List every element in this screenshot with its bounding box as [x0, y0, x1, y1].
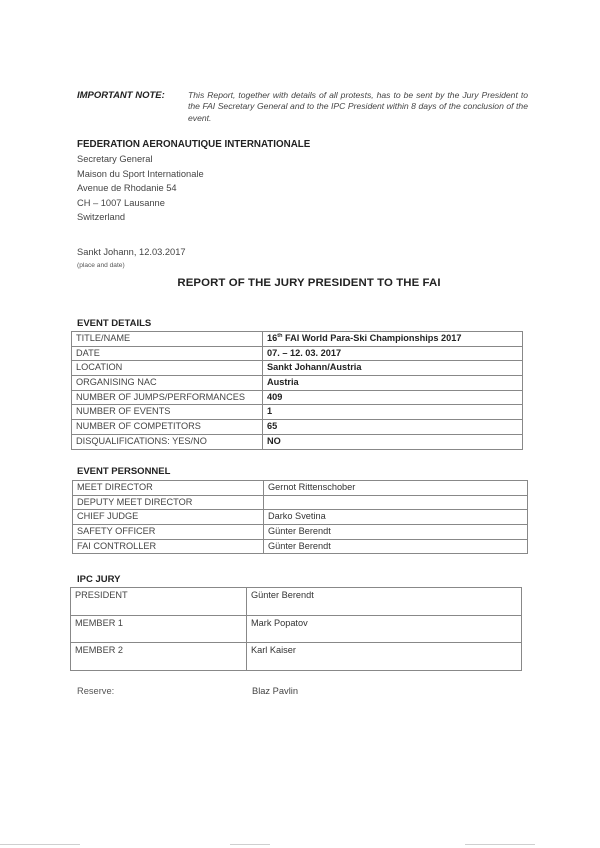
table-row: DATE 07. – 12. 03. 2017	[72, 346, 523, 361]
scan-artifact	[465, 844, 535, 845]
row-value: Gernot Rittenschober	[264, 481, 528, 496]
table-row: CHIEF JUDGE Darko Svetina	[73, 510, 528, 525]
reserve-label: Reserve:	[77, 686, 114, 696]
table-row: NUMBER OF EVENTS 1	[72, 405, 523, 420]
table-row: ORGANISING NAC Austria	[72, 376, 523, 391]
organization-name: FEDERATION AERONAUTIQUE INTERNATIONALE	[77, 138, 310, 152]
table-row: PRESIDENT Günter Berendt	[71, 588, 522, 616]
table-row: SAFETY OFFICER Günter Berendt	[73, 525, 528, 540]
table-row: LOCATION Sankt Johann/Austria	[72, 361, 523, 376]
row-label: NUMBER OF JUMPS/PERFORMANCES	[72, 390, 263, 405]
row-value: Günter Berendt	[264, 525, 528, 540]
row-label: PRESIDENT	[71, 588, 247, 616]
row-value: 16th FAI World Para-Ski Championships 20…	[263, 332, 523, 347]
row-label: CHIEF JUDGE	[73, 510, 264, 525]
row-label: DEPUTY MEET DIRECTOR	[73, 495, 264, 510]
row-label: DATE	[72, 346, 263, 361]
address-line: Maison du Sport Internationale	[77, 167, 310, 182]
report-title: REPORT OF THE JURY PRESIDENT TO THE FAI	[0, 277, 600, 289]
table-row: MEMBER 1 Mark Popatov	[71, 615, 522, 643]
important-note-label: IMPORTANT NOTE:	[77, 90, 165, 101]
table-row: MEMBER 2 Karl Kaiser	[71, 643, 522, 671]
recipient-address: FEDERATION AERONAUTIQUE INTERNATIONALE S…	[77, 138, 310, 225]
row-label: MEMBER 2	[71, 643, 247, 671]
address-line: CH – 1007 Lausanne	[77, 196, 310, 211]
place-and-date-caption: (place and date)	[77, 262, 125, 269]
event-details-title: EVENT DETAILS	[77, 318, 151, 329]
event-details-table: TITLE/NAME 16th FAI World Para-Ski Champ…	[71, 331, 523, 450]
row-label: TITLE/NAME	[72, 332, 263, 347]
row-label: LOCATION	[72, 361, 263, 376]
title-name: FAI World Para-Ski Championships 2017	[282, 333, 461, 343]
row-value: 07. – 12. 03. 2017	[263, 346, 523, 361]
table-row: TITLE/NAME 16th FAI World Para-Ski Champ…	[72, 332, 523, 347]
event-personnel-title: EVENT PERSONNEL	[77, 466, 170, 477]
table-row: DISQUALIFICATIONS: YES/NO NO	[72, 434, 523, 449]
row-value: Günter Berendt	[264, 539, 528, 554]
row-label: NUMBER OF COMPETITORS	[72, 420, 263, 435]
reserve-value: Blaz Pavlin	[252, 686, 298, 696]
ipc-jury-title: IPC JURY	[77, 574, 120, 585]
table-row: MEET DIRECTOR Gernot Rittenschober	[73, 481, 528, 496]
row-label: MEET DIRECTOR	[73, 481, 264, 496]
address-line: Avenue de Rhodanie 54	[77, 181, 310, 196]
row-label: NUMBER OF EVENTS	[72, 405, 263, 420]
row-value: Sankt Johann/Austria	[263, 361, 523, 376]
title-ordinal: 16	[267, 333, 277, 343]
address-line: Secretary General	[77, 152, 310, 167]
row-value: Austria	[263, 376, 523, 391]
row-label: DISQUALIFICATIONS: YES/NO	[72, 434, 263, 449]
table-row: NUMBER OF JUMPS/PERFORMANCES 409	[72, 390, 523, 405]
row-value: 1	[263, 405, 523, 420]
important-note-text: This Report, together with details of al…	[188, 90, 528, 124]
address-line: Switzerland	[77, 210, 310, 225]
row-label: SAFETY OFFICER	[73, 525, 264, 540]
row-value: Günter Berendt	[247, 588, 522, 616]
scan-artifact	[0, 844, 80, 845]
row-value: Darko Svetina	[264, 510, 528, 525]
event-personnel-table: MEET DIRECTOR Gernot Rittenschober DEPUT…	[72, 480, 528, 554]
table-row: NUMBER OF COMPETITORS 65	[72, 420, 523, 435]
row-label: MEMBER 1	[71, 615, 247, 643]
row-value: 409	[263, 390, 523, 405]
scan-artifact	[230, 844, 270, 845]
place-and-date: Sankt Johann, 12.03.2017	[77, 247, 186, 257]
row-value: 65	[263, 420, 523, 435]
ipc-jury-table: PRESIDENT Günter Berendt MEMBER 1 Mark P…	[70, 587, 522, 671]
row-value	[264, 495, 528, 510]
row-value: Karl Kaiser	[247, 643, 522, 671]
row-value: NO	[263, 434, 523, 449]
row-label: FAI CONTROLLER	[73, 539, 264, 554]
row-label: ORGANISING NAC	[72, 376, 263, 391]
row-value: Mark Popatov	[247, 615, 522, 643]
table-row: DEPUTY MEET DIRECTOR	[73, 495, 528, 510]
table-row: FAI CONTROLLER Günter Berendt	[73, 539, 528, 554]
